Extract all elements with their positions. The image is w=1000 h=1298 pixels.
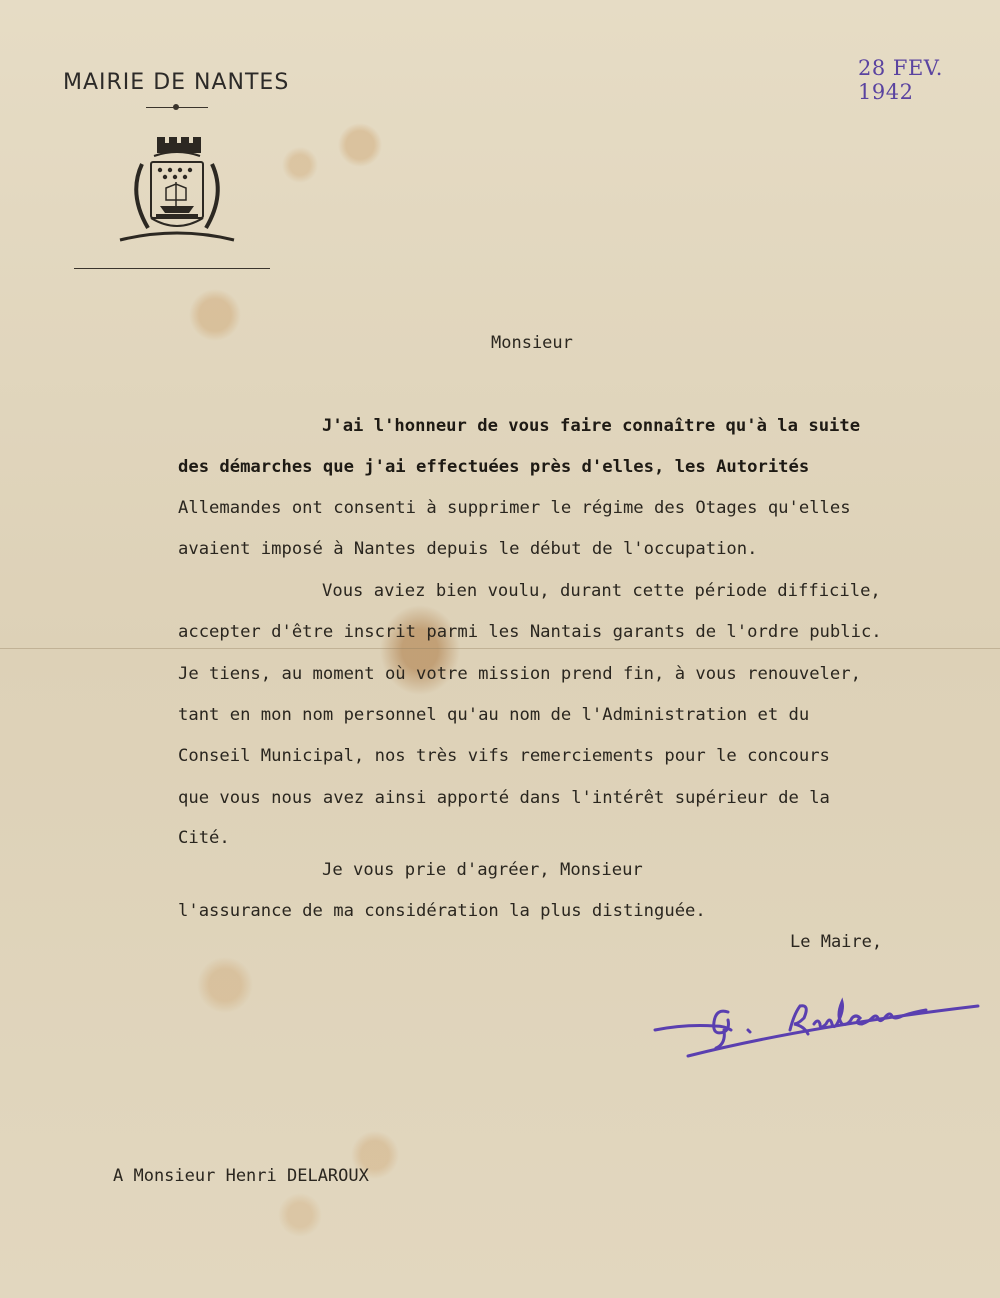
body-line: des démarches que j'ai effectuées près d…	[178, 457, 809, 477]
ornament-dot	[173, 104, 179, 110]
body-line: accepter d'être inscrit parmi les Nantai…	[178, 622, 882, 642]
signatory-title: Le Maire,	[790, 932, 882, 952]
body-line: l'assurance de ma considération la plus …	[178, 901, 706, 921]
salutation: Monsieur	[491, 333, 573, 353]
body-line: Vous aviez bien voulu, durant cette péri…	[322, 581, 881, 601]
body-line: avaient imposé à Nantes depuis le début …	[178, 539, 757, 559]
handwritten-signature-icon	[650, 990, 985, 1065]
body-line: Allemandes ont consenti à supprimer le r…	[178, 498, 851, 518]
letterhead-divider	[74, 268, 270, 269]
paper-fold-crease	[0, 648, 1000, 649]
date-stamp: 28 FEV. 1942	[858, 56, 1000, 104]
body-line: Je vous prie d'agréer, Monsieur	[322, 860, 643, 880]
body-line: Conseil Municipal, nos très vifs remerci…	[178, 746, 830, 766]
body-line: que vous nous avez ainsi apporté dans l'…	[178, 788, 830, 808]
letterhead-title: MAIRIE DE NANTES	[63, 70, 289, 95]
body-line: J'ai l'honneur de vous faire connaître q…	[322, 416, 860, 436]
body-line: Cité.	[178, 828, 230, 848]
coat-of-arms-icon	[118, 130, 236, 250]
body-line: tant en mon nom personnel qu'au nom de l…	[178, 705, 809, 725]
body-line: Je tiens, au moment où votre mission pre…	[178, 664, 861, 684]
recipient-address: A Monsieur Henri DELAROUX	[113, 1166, 369, 1186]
